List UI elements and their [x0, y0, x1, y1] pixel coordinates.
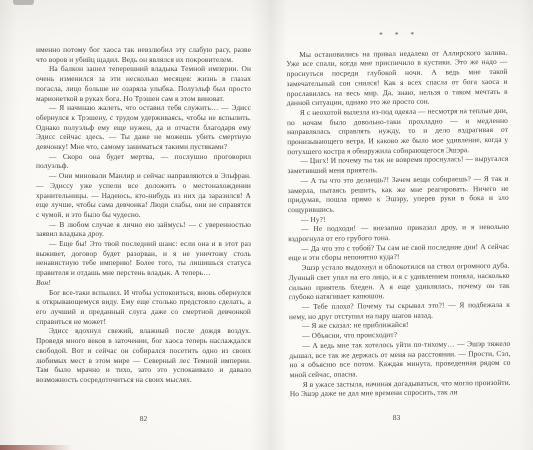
- paragraph: Мы остановились на привал недалеко от Ал…: [286, 48, 508, 109]
- paragraph: — А ты что это делаешь?! Зачем вещи соби…: [288, 174, 509, 215]
- paragraph: На балкон зашел теперешний владыка Темно…: [36, 64, 251, 103]
- cover-edge-mark-top: [13, 0, 34, 5]
- paragraph: — Скоро она будет мертва, — послушно про…: [36, 152, 251, 171]
- book-gutter-shadow: [250, 0, 288, 450]
- paragraph: — Я начинаю жалеть, что оставил тебя слу…: [36, 103, 251, 152]
- paragraph: — А ведь мне так хотелось уйти по-тихому…: [289, 339, 510, 380]
- paragraph: — Они миновали Манлир и сейчас направляю…: [36, 171, 251, 220]
- page-number-left: 82: [36, 414, 251, 423]
- left-page-text-column: именно потому бог хаоса так невзлюбил эт…: [36, 45, 251, 385]
- paragraph: Я с неохотой вылезла из-под одеяла — нес…: [287, 106, 508, 157]
- cover-edge-strip-bottom: [0, 445, 72, 450]
- paragraph: — В любом случае я лично ею займусь! — с…: [36, 220, 251, 239]
- paragraph: — Да что это с тобой? Ты сам не свой пос…: [288, 242, 509, 264]
- right-page-text-column: * * * Мы остановились на привал недалеко…: [286, 29, 511, 399]
- section-divider: * * *: [286, 29, 507, 41]
- paragraph: Вон!: [36, 278, 251, 288]
- paragraph: — Тебе плохо? Почему ты скрывал это?! — …: [289, 300, 510, 322]
- page-edge-shadow-left: [0, 0, 18, 450]
- paragraph: именно потому бог хаоса так невзлюбил эт…: [36, 45, 251, 64]
- paragraph: Бог все-таки вспылил. И чтобы успокоитьс…: [36, 288, 251, 327]
- book-spread-photo: именно потому бог хаоса так невзлюбил эт…: [0, 0, 533, 450]
- paragraph: — Еще бы! Это твой последний шанс: если …: [36, 239, 251, 278]
- paragraph: Эдисс вдохнул свежий, влажный после дожд…: [36, 326, 251, 384]
- paragraph: — Цигх! И почему ты так не вовремя просн…: [287, 154, 508, 176]
- paragraph: — Не подходи! — внезапно приказал дроу, …: [288, 222, 509, 244]
- page-edge-shadow-right: [519, 0, 533, 450]
- right-page-paragraphs: Мы остановились на привал недалеко от Ал…: [286, 48, 511, 400]
- paragraph: Эшэр устало выдохнул и облокотился на ст…: [288, 261, 509, 302]
- page-number-right: 83: [286, 413, 507, 422]
- paragraph: Я в ужасе застыла, начиная догадываться,…: [290, 377, 511, 399]
